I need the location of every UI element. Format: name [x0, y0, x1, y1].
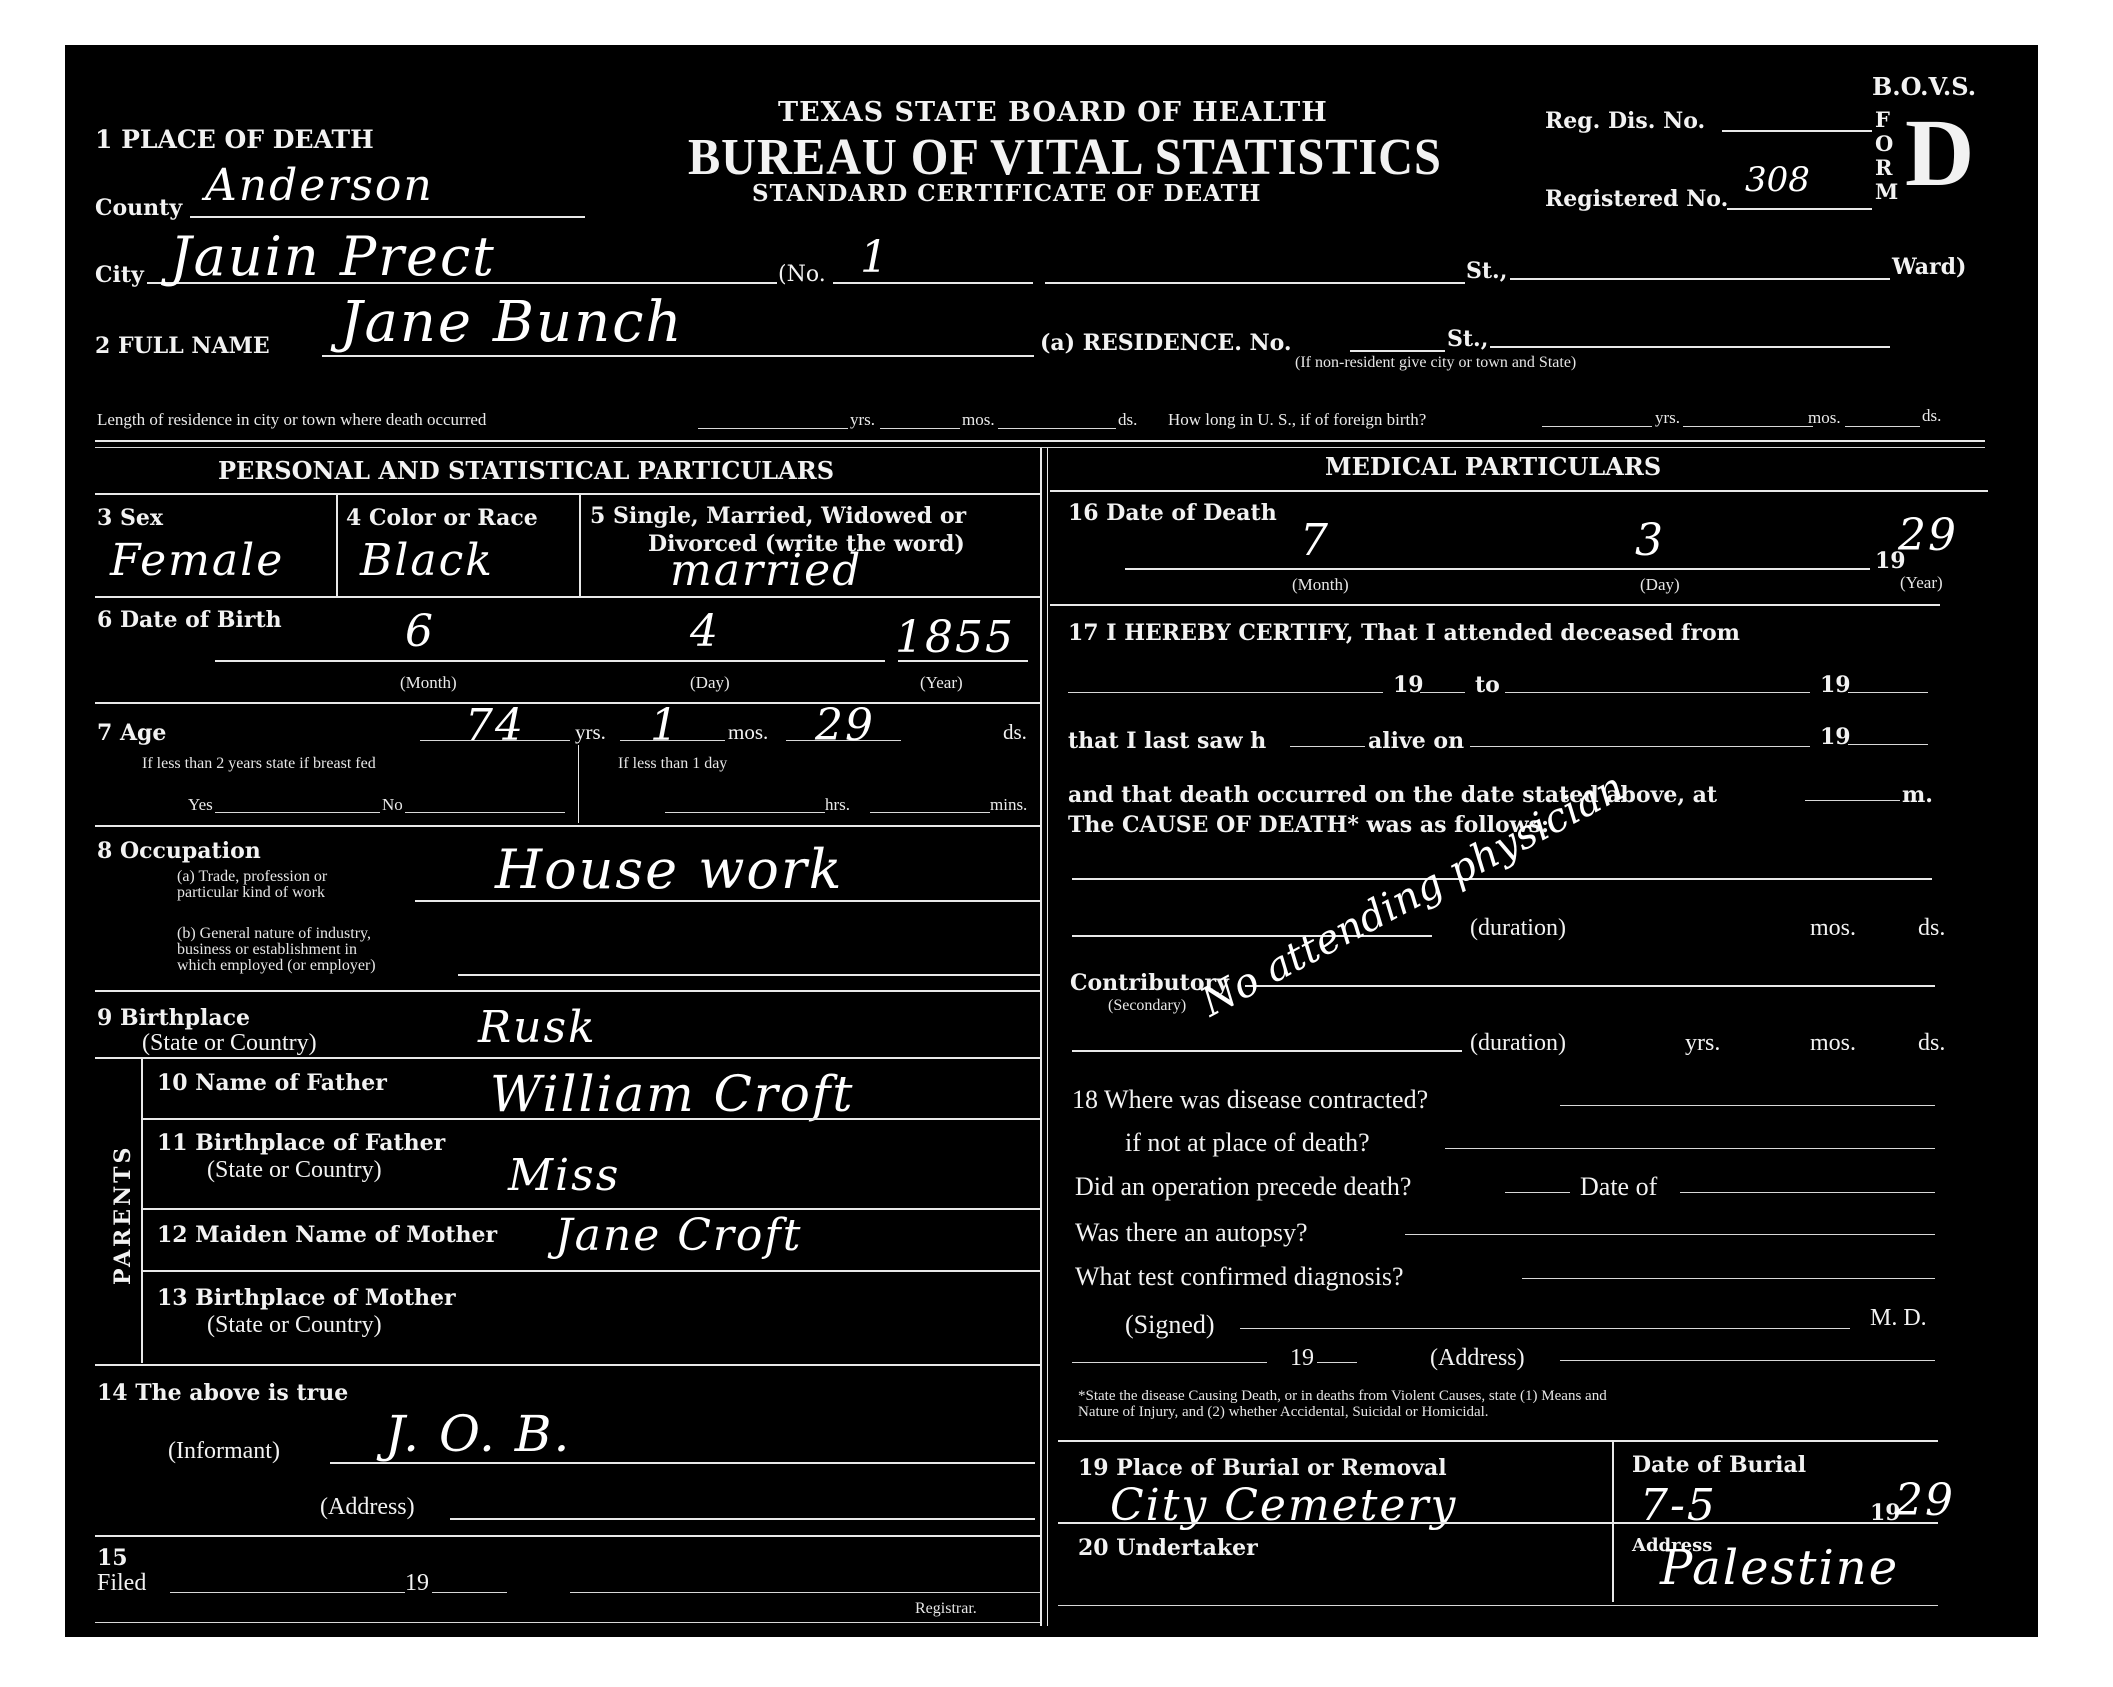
registrar-field[interactable] — [570, 1592, 1040, 1593]
occupation-a-line2: particular kind of work — [177, 884, 325, 902]
duration-mos-unit: mos. — [1810, 915, 1856, 942]
mother-birthplace-label: 13 Birthplace of Mother — [157, 1285, 456, 1311]
yes-label: Yes — [188, 795, 213, 815]
rule — [1058, 1605, 1938, 1606]
filed-19: 19 — [405, 1570, 429, 1597]
father-value: William Croft — [490, 1065, 854, 1123]
father-birthplace-sub: (State or Country) — [207, 1157, 382, 1184]
bureau-title: BUREAU OF VITAL STATISTICS — [688, 128, 1442, 187]
dob-day: 4 — [690, 606, 720, 657]
form-vertical-letters: FORM — [1875, 108, 1895, 204]
attended-from-year-field[interactable] — [1420, 692, 1465, 693]
dod-year-caption: (Year) — [1900, 573, 1943, 593]
rule — [95, 1622, 1040, 1623]
column-divider-2 — [1047, 448, 1048, 1626]
where-contracted-label: 18 Where was disease contracted? — [1072, 1085, 1428, 1115]
length-ds-field[interactable] — [998, 428, 1116, 429]
dod-label: 16 Date of Death — [1068, 500, 1277, 526]
rule — [95, 1364, 1040, 1366]
rule — [1050, 490, 1988, 492]
attended-to-field[interactable] — [1505, 692, 1810, 693]
autopsy-label: Was there an autopsy? — [1075, 1218, 1308, 1248]
m-label: m. — [1902, 782, 1933, 808]
age-yrs-unit: yrs. — [575, 720, 606, 745]
rule — [95, 990, 1040, 992]
employer-field[interactable] — [458, 974, 1040, 976]
mins-unit: mins. — [990, 795, 1027, 815]
duration-ds-unit: ds. — [1918, 915, 1945, 942]
day-caption: (Day) — [690, 673, 730, 693]
last-seen-year-field[interactable] — [1848, 744, 1928, 745]
dob-field[interactable] — [215, 660, 885, 662]
ward-label: Ward) — [1892, 254, 1966, 280]
year-caption: (Year) — [920, 673, 963, 693]
no-label: No — [382, 795, 403, 815]
pronoun-field[interactable] — [1290, 746, 1365, 747]
father-birthplace-value: Miss — [508, 1150, 620, 1201]
form-code: D — [1905, 105, 1974, 201]
duration-yrs-unit: yrs. — [1685, 1030, 1720, 1057]
secondary-label: (Secondary) — [1108, 997, 1186, 1015]
signed-date-field[interactable] — [1072, 1362, 1267, 1363]
length-yrs-field[interactable] — [698, 428, 848, 429]
nineteen: 19 — [1393, 672, 1424, 698]
occupation-value: House work — [495, 838, 843, 901]
registrar-label: Registrar. — [915, 1600, 977, 1618]
foreign-ds-unit: ds. — [1922, 406, 1941, 426]
sex-label: 3 Sex — [97, 505, 163, 531]
st-label: St., — [1466, 258, 1507, 284]
duration-label-2: (duration) — [1470, 1030, 1566, 1057]
mother-birthplace-sub: (State or Country) — [207, 1312, 382, 1339]
filed-label: Filed — [97, 1570, 146, 1597]
street-no-value: 1 — [860, 232, 890, 283]
to-label: to — [1475, 672, 1500, 698]
date-of-label: Date of — [1580, 1172, 1657, 1202]
test-field[interactable] — [1522, 1278, 1935, 1279]
last-seen-date-field[interactable] — [1470, 746, 1810, 747]
foreign-ds-field[interactable] — [1845, 426, 1920, 427]
full-name-value: Jane Bunch — [340, 290, 684, 355]
attended-from-field[interactable] — [1068, 692, 1383, 693]
mother-value: Jane Croft — [555, 1210, 802, 1261]
filed-date-field[interactable] — [170, 1592, 405, 1593]
father-label: 10 Name of Father — [157, 1070, 387, 1096]
autopsy-field[interactable] — [1405, 1234, 1935, 1235]
ward-field[interactable] — [1510, 278, 1890, 280]
less-day-note: If less than 1 day — [618, 755, 727, 773]
yrs-unit: yrs. — [850, 410, 875, 430]
city-value: Jauin Prect — [170, 225, 496, 288]
rule — [143, 1118, 1040, 1120]
marital-value: married — [670, 545, 862, 596]
signed-field[interactable] — [1240, 1328, 1850, 1329]
rule — [1058, 1522, 1938, 1524]
full-name-label: 2 FULL NAME — [95, 333, 270, 359]
informant-address-label: (Address) — [320, 1494, 415, 1521]
physician-address-label: (Address) — [1430, 1345, 1525, 1372]
operation-field[interactable] — [1505, 1192, 1570, 1193]
race-label: 4 Color or Race — [346, 505, 538, 531]
city-label: City — [95, 262, 144, 288]
test-label: What test confirmed diagnosis? — [1075, 1262, 1404, 1292]
foreign-yrs-unit: yrs. — [1655, 408, 1680, 428]
nineteen: 19 — [1290, 1345, 1314, 1372]
informant-label: (Informant) — [168, 1438, 280, 1465]
street-field[interactable] — [1045, 282, 1465, 284]
residence-street-field[interactable] — [1490, 346, 1890, 348]
divider — [578, 745, 579, 823]
physician-address-field[interactable] — [1560, 1360, 1935, 1361]
undertaker-label: 20 Undertaker — [1078, 1535, 1258, 1561]
county-field[interactable] — [190, 216, 585, 218]
age-ds-unit: ds. — [1003, 720, 1027, 745]
place-of-death-label: 1 PLACE OF DEATH — [95, 125, 374, 154]
duration-ds-unit-2: ds. — [1918, 1030, 1945, 1057]
duration-label: (duration) — [1470, 915, 1566, 942]
signed-year-field[interactable] — [1317, 1362, 1357, 1363]
undertaker-address-value: Palestine — [1660, 1540, 1899, 1596]
certify-label: 17 I HEREBY CERTIFY, That I attended dec… — [1068, 620, 1740, 646]
rule — [95, 493, 1040, 495]
month-caption: (Month) — [400, 673, 457, 693]
occupation-label: 8 Occupation — [97, 838, 261, 864]
above-true-label: 14 The above is true — [97, 1380, 348, 1406]
nineteen: 19 — [1820, 724, 1851, 750]
registered-value: 308 — [1745, 160, 1810, 200]
bovs-label: B.O.V.S. — [1872, 72, 1976, 101]
residence-st-label: St., — [1447, 326, 1488, 352]
informant-address-field[interactable] — [450, 1518, 1035, 1520]
certificate-subtitle: STANDARD CERTIFICATE OF DEATH — [752, 180, 1262, 207]
foreign-birth-label: How long in U. S., if of foreign birth? — [1168, 410, 1426, 430]
filed-year-field[interactable] — [432, 1592, 507, 1593]
burial-date-label: Date of Burial — [1632, 1452, 1806, 1478]
footnote-line1: *State the disease Causing Death, or in … — [1078, 1388, 1607, 1405]
rule — [143, 1270, 1040, 1272]
foreign-mos-unit: mos. — [1808, 408, 1841, 428]
age-ds: 29 — [815, 700, 875, 751]
divider — [336, 494, 338, 596]
contributory-field[interactable] — [1245, 985, 1935, 987]
mos-unit: mos. — [962, 410, 995, 430]
no-label: (No. — [778, 262, 826, 287]
md-label: M. D. — [1870, 1305, 1927, 1332]
duration-mos-unit-2: mos. — [1810, 1030, 1856, 1057]
contributory-field-2[interactable] — [1072, 1050, 1462, 1052]
medical-section-title: MEDICAL PARTICULARS — [1325, 452, 1661, 481]
reg-dis-field[interactable] — [1722, 130, 1872, 132]
dod-year-suffix: 29 — [1898, 510, 1958, 561]
foreign-mos-field[interactable] — [1683, 426, 1813, 427]
operation-date-field[interactable] — [1680, 1192, 1935, 1193]
last-saw-label: that I last saw h — [1068, 728, 1266, 754]
reg-dis-label: Reg. Dis. No. — [1545, 108, 1705, 134]
divider — [579, 494, 581, 596]
length-mos-field[interactable] — [880, 428, 960, 429]
rule — [95, 825, 1040, 827]
age-yrs: 74 — [465, 700, 525, 751]
section-rule — [95, 440, 1985, 442]
birthplace-sub: (State or Country) — [142, 1030, 317, 1057]
registered-label: Registered No. — [1545, 186, 1728, 212]
rule — [1050, 604, 1940, 606]
birthplace-label: 9 Birthplace — [97, 1005, 250, 1031]
race-value: Black — [360, 535, 494, 586]
dod-month: 7 — [1300, 515, 1330, 566]
not-place-field[interactable] — [1445, 1148, 1935, 1149]
dod-field[interactable] — [1125, 568, 1870, 570]
column-divider — [1040, 448, 1042, 1626]
county-value: Anderson — [205, 160, 434, 211]
attended-to-year-field[interactable] — [1848, 692, 1928, 693]
father-birthplace-label: 11 Birthplace of Father — [157, 1130, 445, 1156]
parents-label: PARENTS — [110, 1145, 136, 1285]
ds-unit: ds. — [1118, 410, 1137, 430]
mins-field[interactable] — [870, 812, 990, 813]
dod-month-caption: (Month) — [1292, 575, 1349, 595]
not-place-label: if not at place of death? — [1125, 1128, 1370, 1158]
residence-no-field[interactable] — [1350, 350, 1445, 352]
full-name-field[interactable] — [322, 355, 1034, 357]
marital-label-1: 5 Single, Married, Widowed or — [590, 503, 966, 529]
rule — [95, 702, 1040, 704]
length-residence-label: Length of residence in city or town wher… — [97, 410, 486, 430]
yes-field[interactable] — [215, 812, 380, 813]
registered-field[interactable] — [1727, 208, 1872, 210]
burial-year-suffix: 29 — [1895, 1475, 1955, 1526]
dob-label: 6 Date of Birth — [97, 607, 282, 633]
parents-bracket — [141, 1058, 143, 1363]
rule — [95, 1057, 1040, 1059]
dod-day: 3 — [1635, 515, 1665, 566]
nineteen: 19 — [1820, 672, 1851, 698]
county-label: County — [95, 195, 182, 221]
alive-on-label: alive on — [1368, 728, 1464, 754]
dob-year: 1855 — [895, 612, 1015, 663]
burial-place-label: 19 Place of Burial or Removal — [1078, 1455, 1447, 1481]
age-mos: 1 — [650, 700, 680, 751]
birthplace-value: Rusk — [478, 1002, 597, 1053]
dob-month: 6 — [405, 606, 435, 657]
no-field[interactable] — [405, 812, 565, 813]
operation-label: Did an operation precede death? — [1075, 1172, 1411, 1202]
hrs-unit: hrs. — [825, 795, 850, 815]
signed-label: (Signed) — [1125, 1310, 1215, 1340]
age-mos-unit: mos. — [728, 720, 768, 745]
rule — [1058, 1440, 1938, 1442]
mother-label: 12 Maiden Name of Mother — [157, 1222, 497, 1248]
residence-label: (a) RESIDENCE. No. — [1040, 330, 1292, 356]
cause-field-1[interactable] — [1072, 878, 1932, 880]
residence-note: (If non-resident give city or town and S… — [1295, 354, 1576, 372]
foreign-yrs-field[interactable] — [1542, 426, 1652, 427]
dod-day-caption: (Day) — [1640, 575, 1680, 595]
where-contracted-field[interactable] — [1560, 1105, 1935, 1106]
breast-fed-note: If less than 2 years state if breast fed — [142, 755, 376, 773]
rule — [95, 596, 1040, 598]
age-label: 7 Age — [97, 720, 166, 746]
sex-value: Female — [110, 535, 284, 586]
occupation-b-line3: which employed (or employer) — [177, 957, 376, 975]
informant-value: J. O. B. — [385, 1405, 571, 1463]
hrs-field[interactable] — [665, 812, 825, 813]
time-field[interactable] — [1805, 800, 1900, 801]
personal-section-title: PERSONAL AND STATISTICAL PARTICULARS — [218, 456, 834, 485]
filed-number: 15 — [97, 1545, 128, 1571]
footnote-line2: Nature of Injury, and (2) whether Accide… — [1078, 1404, 1489, 1421]
board-title: TEXAS STATE BOARD OF HEALTH — [778, 97, 1328, 128]
rule — [95, 1535, 1040, 1537]
